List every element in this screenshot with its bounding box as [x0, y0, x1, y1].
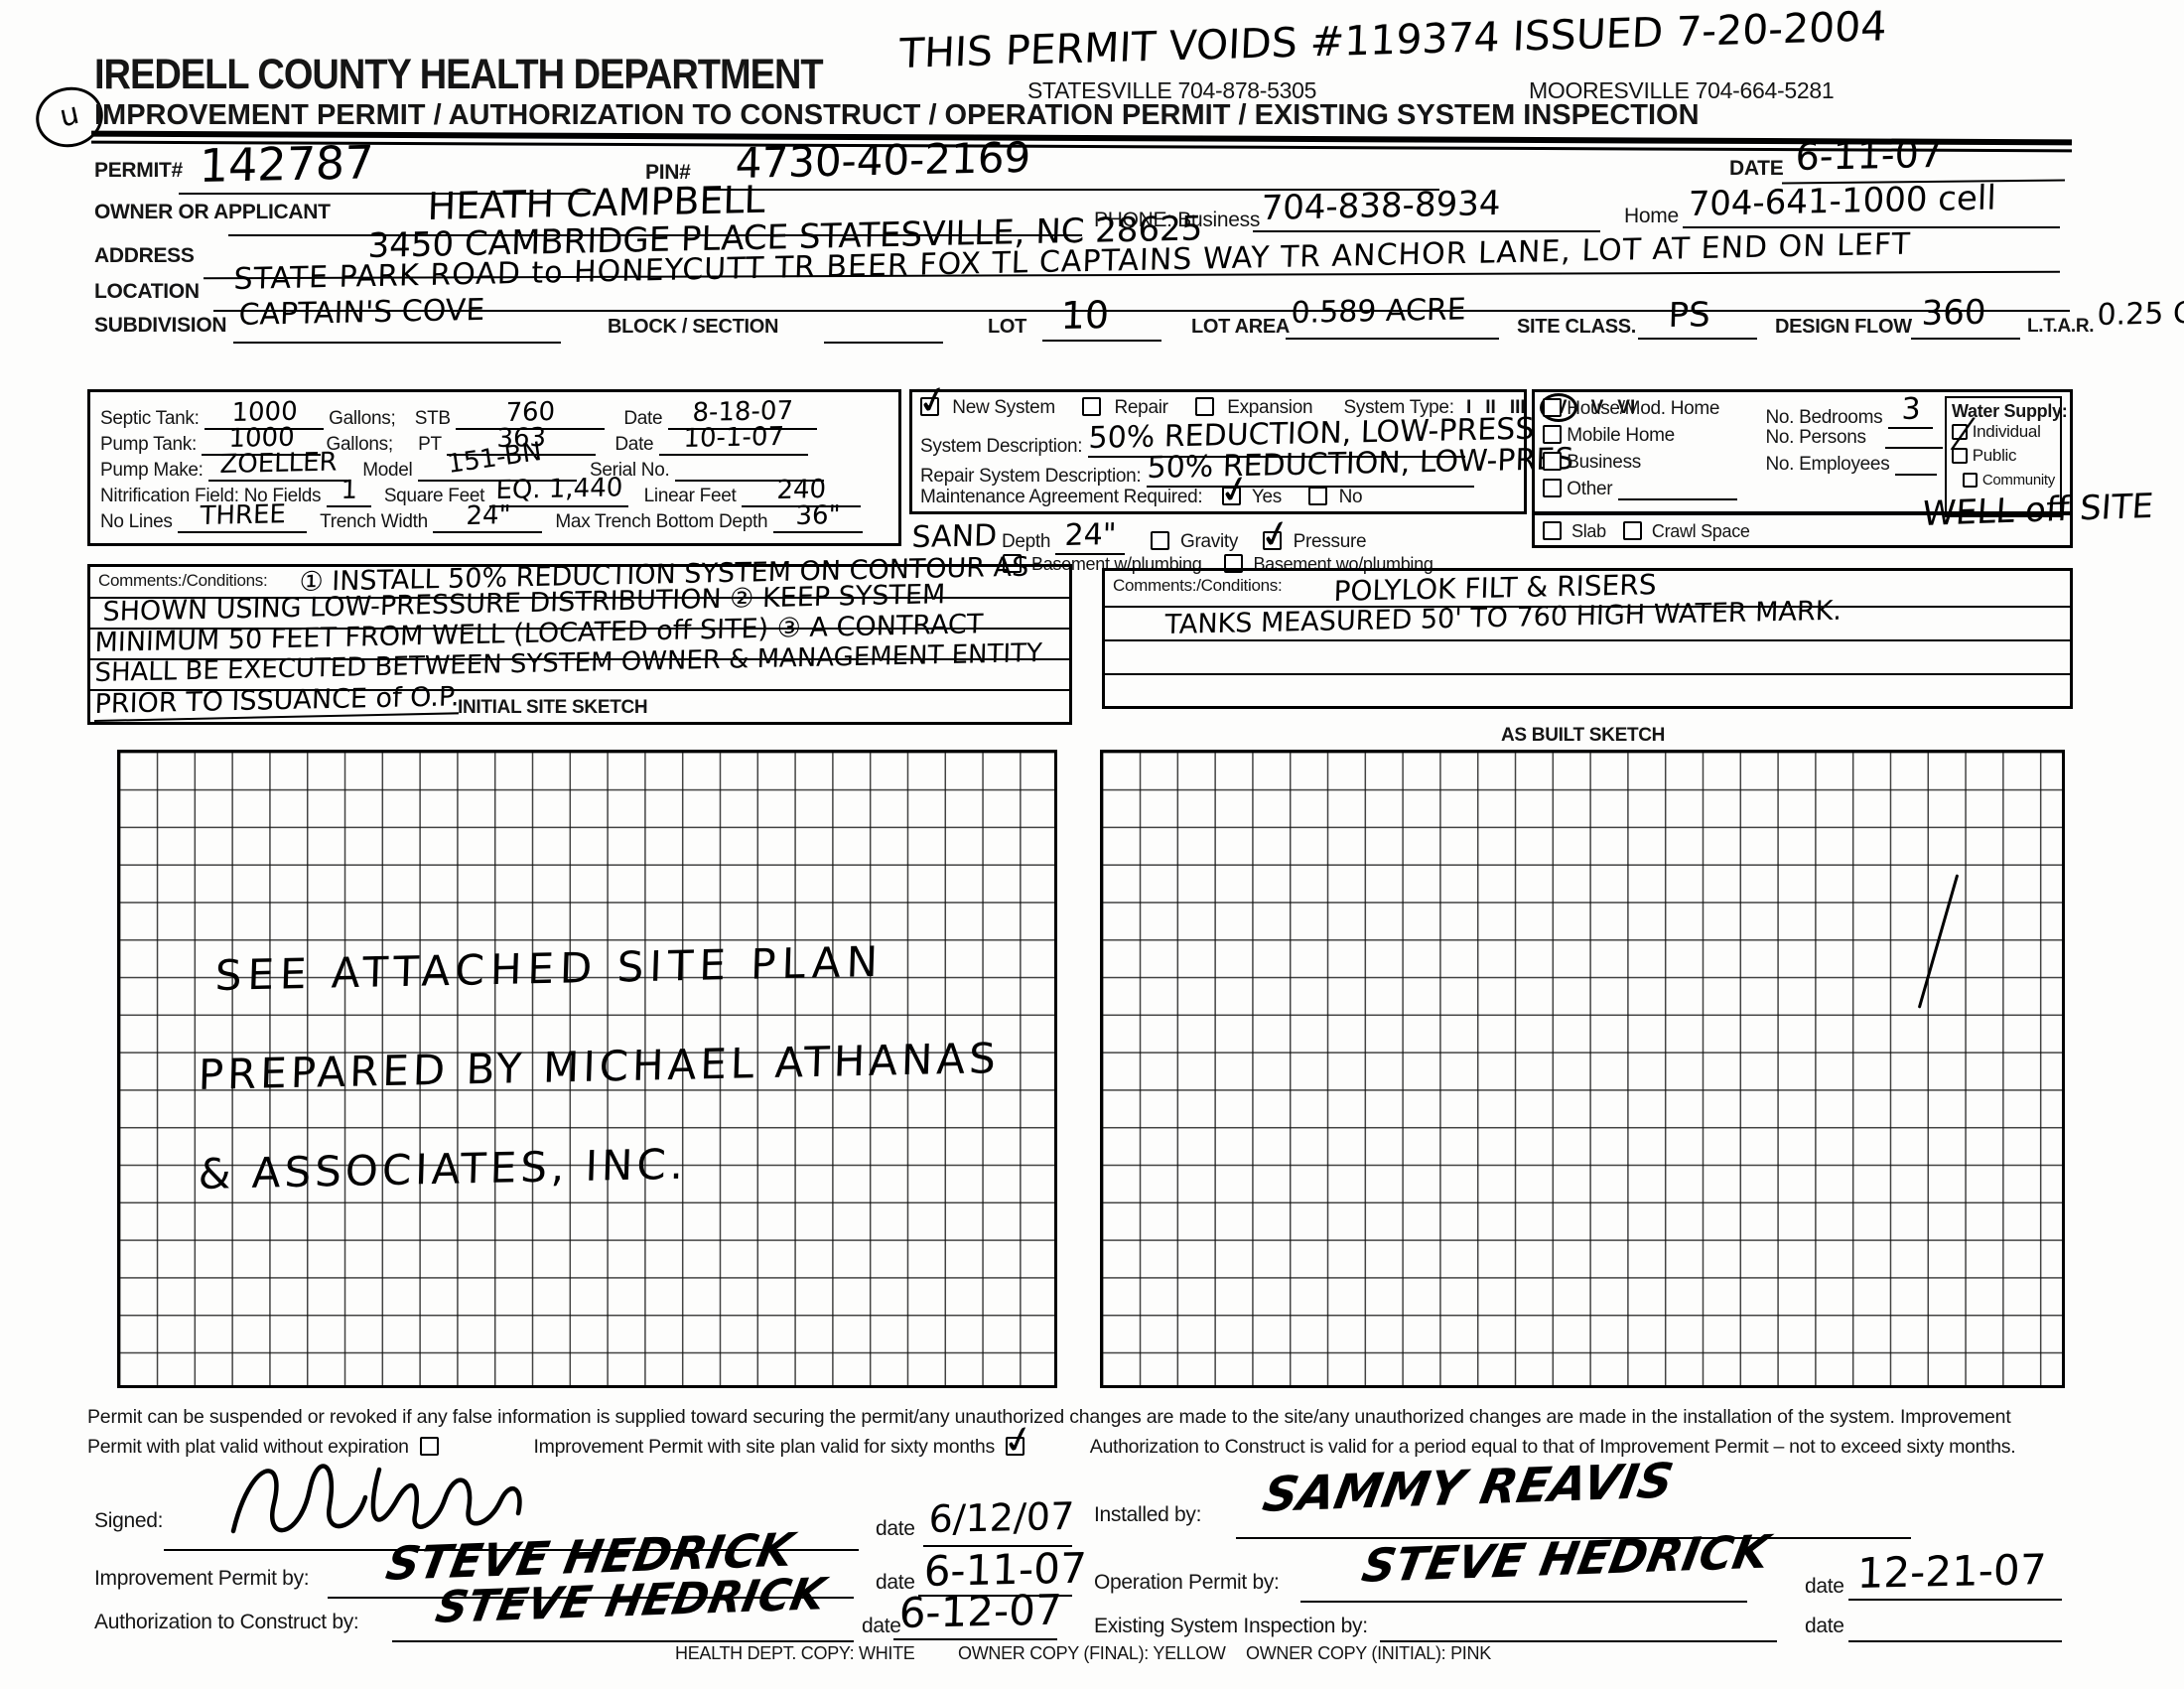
footer-copy-pink: OWNER COPY (INITIAL): PINK	[1246, 1643, 1491, 1664]
existing-inspection-line	[1380, 1640, 1777, 1642]
installed-by-label: Installed by:	[1094, 1503, 1201, 1527]
legal-line-2-right: Authorization to Construct is valid for …	[1090, 1436, 2016, 1458]
initial-site-sketch-grid: SEE ATTACHED SITE PLAN PREPARED BY MICHA…	[117, 750, 1057, 1388]
design-flow-line	[1911, 338, 2020, 340]
footer-copy-white: HEALTH DEPT. COPY: WHITE	[675, 1643, 915, 1664]
installed-by-signature: SAMMY REAVIS	[1259, 1453, 1678, 1523]
pump-make-value: ZOELLER	[219, 447, 338, 480]
date-value: 6-11-07	[1795, 132, 1944, 179]
agency-title: IREDELL COUNTY HEALTH DEPARTMENT	[94, 52, 823, 99]
maintenance-yes-label: Yes	[1252, 487, 1282, 507]
max-trench-depth-value: 36"	[795, 500, 841, 531]
maintenance-no-label: No	[1339, 487, 1363, 507]
slab-label: Slab	[1571, 521, 1606, 541]
permit-value: 142787	[199, 135, 374, 193]
maintenance-label: Maintenance Agreement Required:	[920, 487, 1202, 507]
authorization-date-line	[893, 1638, 1057, 1640]
phone-business-value: 704-838-8934	[1261, 184, 1501, 228]
checkbox-maintenance-no	[1308, 487, 1327, 505]
checkbox-new-system	[920, 397, 939, 416]
corner-mark-letter: u	[56, 88, 84, 144]
improvement-permit-label: Improvement Permit by:	[94, 1567, 309, 1591]
no-lines-label: No Lines	[100, 511, 173, 532]
system-type-box: New System Repair Expansion System Type:…	[909, 389, 1527, 514]
date-label: DATE	[1729, 157, 1783, 181]
pump-make-row: Pump Make: ZOELLER Model 151-BN Serial N…	[100, 450, 888, 476]
signed-date-value: 6/12/07	[928, 1494, 1075, 1541]
square-feet-value: EQ. 1,440	[495, 473, 623, 505]
existing-date-line	[1848, 1640, 2062, 1642]
block-section-label: BLOCK / SECTION	[608, 316, 778, 339]
scanned-permit-form: u IREDELL COUNTY HEALTH DEPARTMENT THIS …	[0, 0, 2184, 1689]
authorization-date-label: date	[862, 1615, 901, 1638]
operation-date-line	[1848, 1599, 2062, 1601]
community-label: Community	[1982, 472, 2055, 489]
other-label: Other	[1567, 479, 1612, 499]
crawl-space-label: Crawl Space	[1652, 521, 1750, 541]
lines-trench-row: No Lines THREE Trench Width 24" Max Tren…	[100, 501, 888, 527]
void-note-handwritten: THIS PERMIT VOIDS #119374 ISSUED 7-20-20…	[898, 2, 1887, 77]
design-flow-value: 360	[1921, 293, 1986, 334]
authorization-line	[392, 1640, 854, 1642]
location-line	[213, 310, 2070, 312]
checkbox-repair	[1082, 397, 1101, 416]
checkbox-siteplan-valid	[1006, 1437, 1024, 1456]
operation-date-value: 12-21-07	[1856, 1545, 2047, 1598]
permit-label: PERMIT#	[94, 159, 183, 183]
checkbox-house	[1543, 398, 1562, 417]
owner-label: OWNER OR APPLICANT	[94, 201, 331, 224]
lot-area-value: 0.589 ACRE	[1291, 292, 1466, 331]
pressure-label: Pressure	[1294, 531, 1367, 552]
max-trench-depth-label: Max Trench Bottom Depth	[555, 511, 767, 532]
form-title: IMPROVEMENT PERMIT / AUTHORIZATION TO CO…	[94, 99, 1700, 132]
ltar-label2: L.T.A.R.	[2027, 316, 2094, 338]
checkbox-expansion	[1195, 397, 1214, 416]
authorization-date-value: 6-12-07	[898, 1586, 1062, 1637]
checkbox-maintenance-yes	[1222, 487, 1241, 505]
repair-label: Repair	[1114, 397, 1167, 418]
checkbox-community	[1963, 473, 1978, 488]
site-class-line	[1638, 338, 1757, 340]
existing-date-label: date	[1805, 1615, 1844, 1638]
checkbox-mobile-home	[1543, 425, 1562, 444]
stray-pen-stroke	[1918, 874, 1959, 1008]
business-label: Business	[1567, 452, 1641, 473]
maintenance-row: Maintenance Agreement Required: Yes No	[920, 487, 1516, 514]
sketch-note-line-2: PREPARED BY MICHAEL ATHANAS	[198, 1034, 1001, 1099]
subdivision-label: SUBDIVISION	[94, 314, 226, 338]
ltar-value: 0.25 GPD/FT2	[2097, 294, 2184, 333]
house-label: House/Mod. Home	[1567, 398, 1719, 419]
authorization-label: Authorization to Construct by:	[94, 1611, 358, 1634]
lot-label: LOT	[988, 316, 1026, 339]
operation-permit-line	[1300, 1601, 1747, 1603]
public-label: Public	[1973, 446, 2017, 465]
location-label: LOCATION	[94, 280, 200, 304]
signed-date-label: date	[876, 1517, 915, 1541]
operation-permit-label: Operation Permit by:	[1094, 1571, 1280, 1595]
checkbox-gravity	[1151, 531, 1169, 550]
sand-handwritten: SAND	[911, 518, 998, 555]
design-flow-label: DESIGN FLOW	[1775, 316, 1912, 339]
lot-line	[1042, 340, 1161, 342]
individual-label: Individual	[1973, 422, 2041, 441]
expansion-label: Expansion	[1227, 397, 1312, 418]
block-section-line	[824, 342, 943, 344]
sketch-note-line-1: SEE ATTACHED SITE PLAN	[214, 937, 885, 1000]
existing-inspection-label: Existing System Inspection by:	[1094, 1615, 1368, 1638]
well-off-site-note: WELL off SITE	[1921, 487, 2154, 534]
persons-label: No. Persons	[1765, 427, 1865, 448]
new-system-label: New System	[952, 397, 1055, 418]
occupancy-type-column: House/Mod. Home Mobile Home Business Oth…	[1543, 398, 1765, 519]
depth-label: Depth	[1002, 531, 1050, 552]
footer-copy-yellow: OWNER COPY (FINAL): YELLOW	[958, 1643, 1226, 1664]
comments-left-line-5: PRIOR TO ISSUANCE of O.P.	[94, 681, 460, 722]
lot-area-label: LOT AREA	[1191, 316, 1290, 339]
bedrooms-value: 3	[1901, 392, 1921, 427]
operation-permit-signature: STEVE HEDRICK	[1358, 1524, 1773, 1593]
occupancy-count-column: No. Bedrooms 3 No. Persons No. Employees	[1765, 398, 1945, 519]
pt-date-value: 10-1-07	[683, 422, 784, 454]
site-class-value: PS	[1668, 295, 1710, 336]
operation-date-label: date	[1805, 1575, 1844, 1599]
septic-row: Septic Tank: 1000 Gallons; STB 760 Date …	[100, 398, 888, 424]
sketch-note-line-3: & ASSOCIATES, INC.	[198, 1140, 688, 1198]
repair-description-label: Repair System Description:	[920, 466, 1141, 487]
subdivision-value: CAPTAIN'S COVE	[238, 293, 485, 333]
phone-home-value: 704-641-1000 cell	[1688, 178, 1996, 224]
lot-area-line	[1286, 338, 1499, 340]
checkbox-public	[1952, 448, 1968, 464]
comments-right-box: Comments:/Conditions: POLYLOK FILT & RIS…	[1102, 568, 2073, 709]
checkbox-business	[1543, 452, 1562, 471]
tank-details-box: Septic Tank: 1000 Gallons; STB 760 Date …	[87, 389, 901, 546]
no-lines-value: THREE	[200, 499, 286, 531]
address-label: ADDRESS	[94, 244, 195, 268]
no-fields-value: 1	[341, 476, 357, 505]
employees-label: No. Employees	[1765, 454, 1889, 475]
system-description-label: System Description:	[920, 436, 1082, 457]
phone-home-label: Home	[1624, 205, 1679, 228]
checkbox-slab	[1543, 521, 1562, 540]
subdivision-line	[233, 342, 561, 344]
mobile-home-label: Mobile Home	[1567, 425, 1675, 446]
signed-label: Signed:	[94, 1509, 163, 1533]
checkbox-other	[1543, 479, 1562, 497]
trench-width-label: Trench Width	[320, 511, 428, 532]
depth-value: 24"	[1064, 517, 1117, 553]
pin-value: 4730-40-2169	[735, 133, 1031, 188]
checkbox-individual	[1952, 424, 1968, 440]
gravity-label: Gravity	[1180, 531, 1238, 552]
lot-value: 10	[1060, 293, 1110, 338]
initial-site-sketch-label: INITIAL SITE SKETCH	[458, 697, 647, 719]
as-built-sketch-label: AS BUILT SKETCH	[1501, 725, 1665, 747]
checkbox-pressure	[1263, 531, 1282, 550]
legal-line-1: Permit can be suspended or revoked if an…	[87, 1406, 2103, 1429]
trench-width-value: 24"	[466, 500, 511, 531]
fill-distribution-strip: SAND Depth 24" Gravity Pressure	[909, 514, 1527, 548]
as-built-sketch-grid	[1100, 750, 2065, 1388]
checkbox-crawl-space	[1623, 521, 1642, 540]
comments-left-box: Comments:/Conditions: ① INSTALL 50% REDU…	[87, 564, 1072, 725]
phone-business-line	[1253, 230, 1600, 232]
site-class-label: SITE CLASS.	[1517, 316, 1636, 339]
